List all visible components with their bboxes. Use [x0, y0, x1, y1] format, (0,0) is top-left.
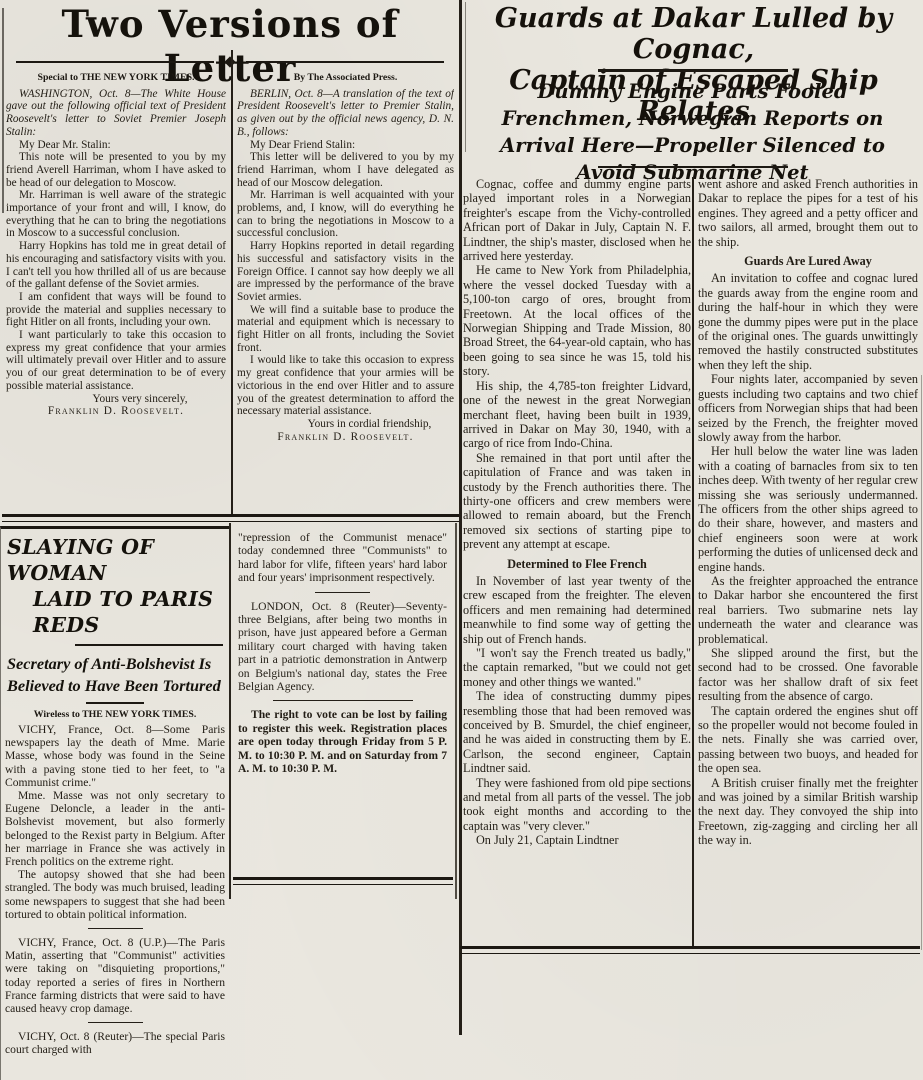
letter-body-washington: WASHINGTON, Oct. 8—The White House gave …	[6, 88, 226, 418]
signature: Franklin D. Roosevelt.	[237, 431, 454, 444]
letter-closing: Yours very sincerely,	[6, 393, 226, 406]
letter-column-washington: Special to THE NEW YORK TIMES. WASHINGTO…	[6, 72, 226, 513]
headline-rule	[75, 644, 223, 646]
paragraph: On July 21, Captain Lindtner	[463, 833, 691, 847]
separator-rule	[315, 592, 370, 593]
paragraph: "I won't say the French treated us badly…	[463, 646, 691, 689]
paragraph: Four nights later, accompanied by seven …	[698, 372, 918, 444]
subhead-line1: Secretary of Anti-Bolshevist Is	[7, 653, 225, 675]
byline: By The Associated Press.	[237, 72, 454, 85]
separator-rule	[88, 1022, 143, 1023]
article-body: VICHY, France, Oct. 8—Some Paris newspap…	[5, 723, 225, 1057]
letter-salutation: My Dear Mr. Stalin:	[6, 139, 226, 152]
paragraph: The right to vote can be lost by failing…	[238, 708, 447, 775]
letter-closing: Yours in cordial friendship,	[237, 418, 454, 431]
paragraph: I am confident that ways will be found t…	[6, 291, 226, 329]
article-end-rule	[460, 946, 920, 954]
column-rule	[231, 50, 233, 514]
misc-column-body: "repression of the Communist menace" tod…	[238, 531, 447, 776]
crosshead: Guards Are Lured Away	[698, 254, 918, 268]
paragraph: This letter will be delivered to you by …	[237, 151, 454, 189]
dateline-paragraph: BERLIN, Oct. 8—A translation of the text…	[237, 88, 454, 139]
signature: Franklin D. Roosevelt.	[6, 405, 226, 418]
column-rule	[692, 177, 694, 947]
subhead-line2: Believed to Have Been Tortured	[7, 675, 225, 697]
article-end-rule	[2, 514, 460, 522]
newspaper-page: Two Versions of Letter Special to THE NE…	[0, 0, 923, 1080]
paragraph: LONDON, Oct. 8 (Reuter)—Seventy-three Be…	[238, 600, 447, 694]
paragraph: An invitation to coffee and cognac lured…	[698, 271, 918, 372]
column-end-rule	[233, 877, 453, 885]
letter-salutation: My Dear Friend Stalin:	[237, 139, 454, 152]
article-subhead: Dummy Engine Parts Fooled Frenchmen, Nor…	[474, 78, 911, 186]
paragraph: The autopsy showed that she had been str…	[5, 868, 225, 921]
paragraph: This note will be presented to you by my…	[6, 151, 226, 189]
paragraph: We will find a suitable base to produce …	[237, 304, 454, 355]
paragraph: "repression of the Communist menace" tod…	[238, 531, 447, 585]
paragraph: VICHY, France, Oct. 8 (U.P.)—The Paris M…	[5, 936, 225, 1015]
headline-rule	[16, 58, 444, 66]
byline: Wireless to THE NEW YORK TIMES.	[5, 709, 225, 720]
article-two-versions: Two Versions of Letter Special to THE NE…	[4, 0, 456, 523]
paragraph: The captain ordered the engines shut off…	[698, 704, 918, 776]
paragraph: As the freighter approached the entrance…	[698, 574, 918, 646]
paragraph: Harry Hopkins reported in detail regardi…	[237, 240, 454, 304]
byline: Special to THE NEW YORK TIMES.	[6, 72, 226, 85]
article-dakar: Guards at Dakar Lulled by Cognac, Captai…	[458, 0, 923, 1080]
paragraph: His ship, the 4,785-ton freighter Lidvar…	[463, 379, 691, 451]
rule-line	[246, 61, 444, 63]
paragraph: She remained in that port until after th…	[463, 451, 691, 552]
paragraph: Cognac, coffee and dummy engine parts pl…	[463, 177, 691, 263]
paragraph: In November of last year twenty of the c…	[463, 574, 691, 646]
headline-line1: Guards at Dakar Lulled by Cognac,	[495, 3, 892, 65]
letter-body-berlin: BERLIN, Oct. 8—A translation of the text…	[237, 88, 454, 444]
paragraph: Harry Hopkins has told me in great detai…	[6, 240, 226, 291]
article-headline-line2: LAID TO PARIS REDS	[33, 587, 225, 638]
page-edge-line	[921, 375, 923, 950]
paragraph: VICHY, Oct. 8 (Reuter)—The special Paris…	[5, 1030, 225, 1056]
paragraph: VICHY, France, Oct. 8—Some Paris newspap…	[5, 723, 225, 789]
dakar-column-right: went ashore and asked French authorities…	[698, 177, 918, 945]
paragraph: went ashore and asked French authorities…	[698, 177, 918, 249]
paragraph: She slipped around the first, but the se…	[698, 646, 918, 704]
diamond-ornament	[224, 56, 235, 67]
paragraph: Mme. Masse was not only secretary to Eug…	[5, 789, 225, 868]
misc-column-box: "repression of the Communist menace" tod…	[229, 523, 457, 899]
paragraph: Mr. Harriman is well aware of the strate…	[6, 189, 226, 240]
paragraph: Mr. Harriman is well acquainted with you…	[237, 189, 454, 240]
dakar-column-left: Cognac, coffee and dummy engine parts pl…	[463, 177, 691, 945]
subhead-rule	[598, 166, 788, 168]
separator-rule	[273, 700, 413, 701]
subhead-rule	[86, 702, 144, 704]
paragraph: The idea of constructing dummy pipes res…	[463, 689, 691, 775]
paragraph: Her hull below the water line was laden …	[698, 444, 918, 574]
paragraph: I would like to take this occasion to ex…	[237, 354, 454, 418]
separator-rule	[88, 928, 143, 929]
article-slaying: SLAYING OF WOMAN LAID TO PARIS REDS Secr…	[0, 526, 229, 1080]
letter-column-berlin: By The Associated Press. BERLIN, Oct. 8—…	[237, 72, 454, 513]
scan-edge-artifact	[2, 8, 4, 213]
headline-rule	[598, 69, 788, 72]
paragraph: A British cruiser finally met the freigh…	[698, 776, 918, 848]
crosshead: Determined to Flee French	[463, 557, 691, 571]
paragraph: I want particularly to take this occasio…	[6, 329, 226, 393]
page-column-rule	[459, 0, 462, 1035]
dateline-paragraph: WASHINGTON, Oct. 8—The White House gave …	[6, 88, 226, 139]
rule-line	[16, 61, 214, 63]
paragraph: They were fashioned from old pipe sectio…	[463, 776, 691, 834]
paragraph: He came to New York from Philadelphia, w…	[463, 263, 691, 378]
article-headline-line1: SLAYING OF WOMAN	[7, 535, 225, 586]
page-column-rule-thin	[465, 2, 466, 152]
